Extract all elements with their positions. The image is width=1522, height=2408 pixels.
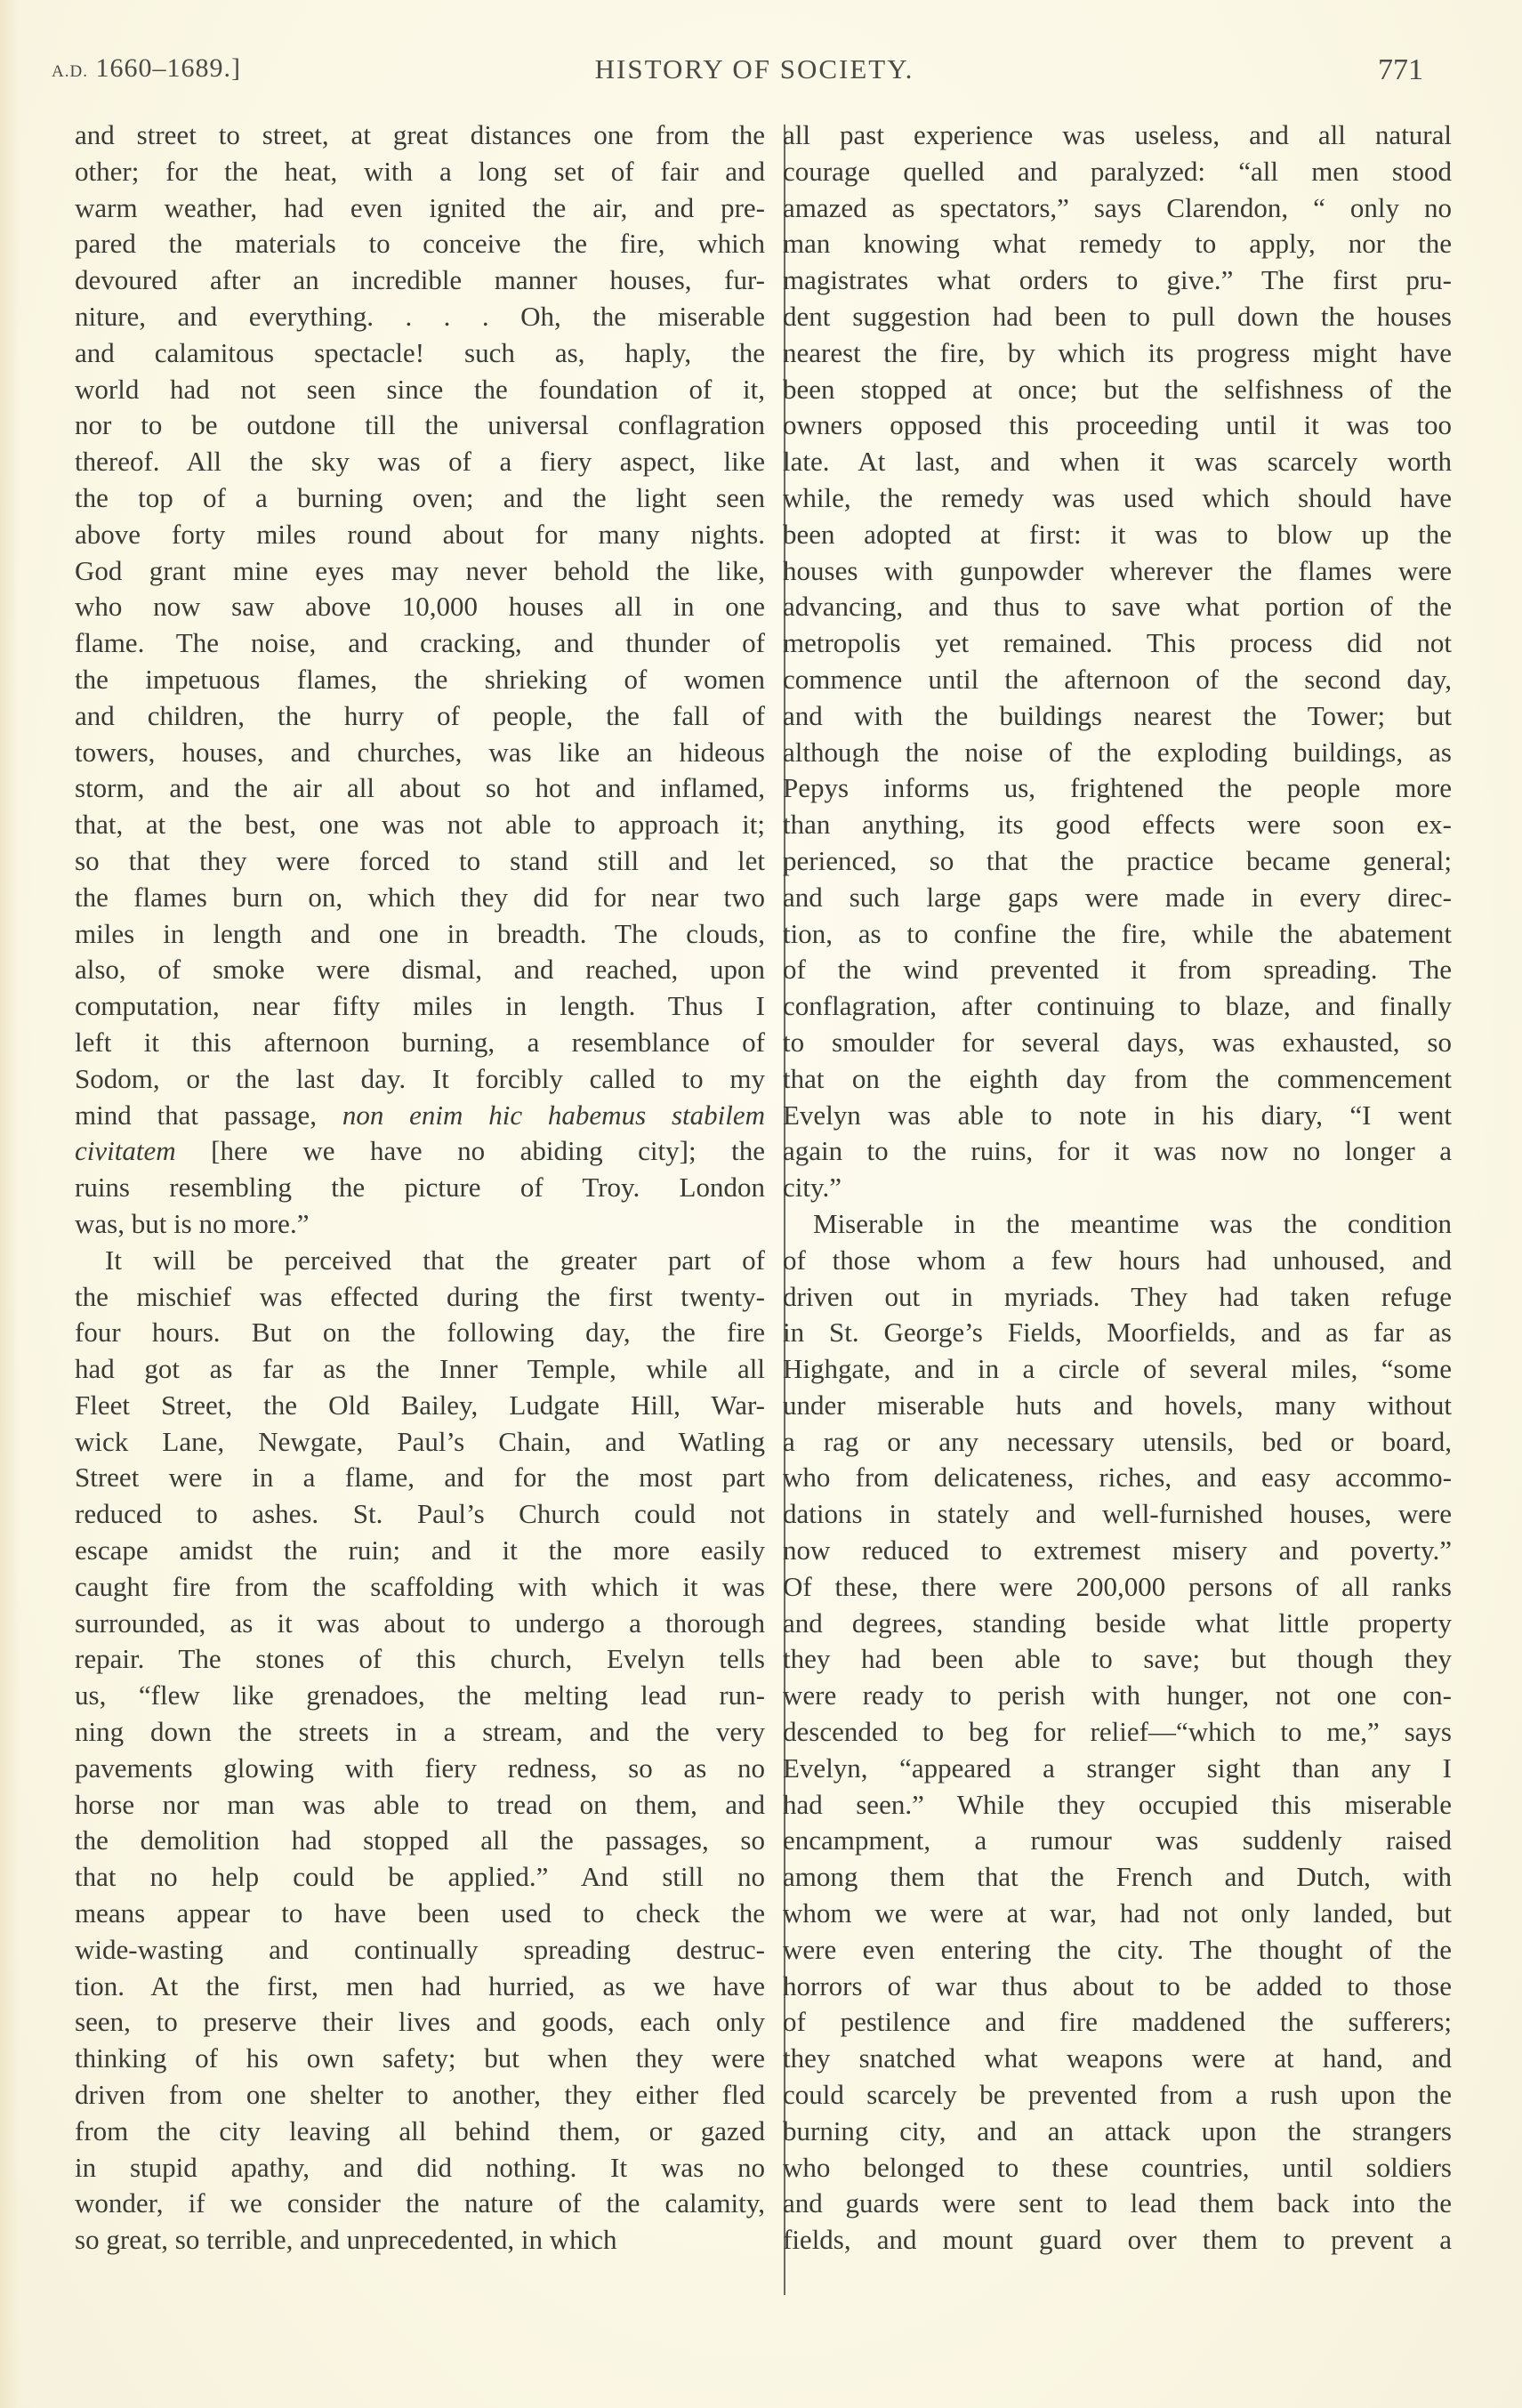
text-line: wonder, if we consider the nature of the…	[75, 2186, 765, 2222]
text-line: among them that the French and Dutch, wi…	[783, 1859, 1452, 1896]
text-line: the demolition had stopped all the passa…	[75, 1823, 765, 1859]
italic-latin-phrase: non enim hic habemus stabilem	[342, 1099, 765, 1131]
text-line: Sodom, or the last day. It forcibly call…	[75, 1061, 765, 1098]
text-line: while, the remedy was used which should …	[783, 480, 1452, 517]
text-line: nor to be outdone till the universal con…	[75, 407, 765, 444]
text-line: Fleet Street, the Old Bailey, Ludgate Hi…	[75, 1388, 765, 1424]
text-line: had seen.” While they occupied this mise…	[783, 1787, 1452, 1824]
text-line: in St. George’s Fields, Moorfields, and …	[783, 1315, 1452, 1351]
text-line: left it this afternoon burning, a resemb…	[75, 1025, 765, 1061]
text-line: caught fire from the scaffolding with wh…	[75, 1569, 765, 1606]
text-line: of pestilence and fire maddened the suff…	[783, 2004, 1452, 2041]
text-line: from the city leaving all behind them, o…	[75, 2114, 765, 2150]
text-line: God grant mine eyes may never behold the…	[75, 553, 765, 590]
text-line: world had not seen since the foundation …	[75, 372, 765, 408]
text-line: above forty miles round about for many n…	[75, 517, 765, 553]
text-line: four hours. But on the following day, th…	[75, 1315, 765, 1351]
running-header: A.D. 1660–1689.] HISTORY OF SOCIETY. 771	[52, 53, 1441, 98]
text-line: houses with gunpowder wherever the flame…	[783, 553, 1452, 590]
text-line: and degrees, standing beside what little…	[783, 1606, 1452, 1642]
text-line: ning down the streets in a stream, and t…	[75, 1714, 765, 1751]
text-line: Evelyn, “appeared a stranger sight than …	[783, 1751, 1452, 1787]
text-line: the flames burn on, which they did for n…	[75, 880, 765, 916]
text-line: could scarcely be prevented from a rush …	[783, 2077, 1452, 2114]
text-line: also, of smoke were dismal, and reached,…	[75, 952, 765, 988]
text-line: a rag or any necessary utensils, bed or …	[783, 1424, 1452, 1461]
text-line: nearest the fire, by which its progress …	[783, 335, 1452, 372]
text-line: and such large gaps were made in every d…	[783, 880, 1452, 916]
italic-latin-phrase: civitatem	[75, 1135, 176, 1166]
text-line: they had been able to save; but though t…	[783, 1641, 1452, 1678]
text-line: amazed as spectators,” says Clarendon, “…	[783, 190, 1452, 227]
text-line: were even entering the city. The thought…	[783, 1932, 1452, 1969]
text-line: descended to beg for relief—“which to me…	[783, 1714, 1452, 1751]
text-line: and with the buildings nearest the Tower…	[783, 698, 1452, 735]
text-line: towers, houses, and churches, was like a…	[75, 735, 765, 771]
right-text-column: all past experience was useless, and all…	[783, 117, 1452, 2259]
text-line: and calamitous spectacle! such as, haply…	[75, 335, 765, 372]
text-line: to smoulder for several days, was exhaus…	[783, 1025, 1452, 1061]
text-line: means appear to have been used to check …	[75, 1896, 765, 1932]
text-line: under miserable huts and hovels, many wi…	[783, 1388, 1452, 1424]
text-line: been stopped at once; but the selfishnes…	[783, 372, 1452, 408]
header-title: HISTORY OF SOCIETY.	[52, 53, 1441, 85]
text-line: burning city, and an attack upon the str…	[783, 2114, 1452, 2150]
text-line: It will be perceived that the greater pa…	[75, 1243, 765, 1279]
text-line: was, but is no more.”	[75, 1206, 765, 1243]
text-line: man knowing what remedy to apply, nor th…	[783, 226, 1452, 262]
left-text-column: and street to street, at great distances…	[75, 117, 765, 2259]
text-line: thinking of his own safety; but when the…	[75, 2041, 765, 2077]
text-run: mind that passage,	[75, 1099, 342, 1131]
text-line: in stupid apathy, and did nothing. It wa…	[75, 2150, 765, 2187]
text-line: dations in stately and well-furnished ho…	[783, 1496, 1452, 1533]
text-line: tion, as to confine the fire, while the …	[783, 916, 1452, 953]
text-line: although the noise of the exploding buil…	[783, 735, 1452, 771]
text-line: had got as far as the Inner Temple, whil…	[75, 1351, 765, 1388]
text-line: horrors of war thus about to be added to…	[783, 1969, 1452, 2005]
text-line: whom we were at war, had not only landed…	[783, 1896, 1452, 1932]
text-line: magistrates what orders to give.” The fi…	[783, 262, 1452, 299]
text-line: and guards were sent to lead them back i…	[783, 2186, 1452, 2222]
text-line: other; for the heat, with a long set of …	[75, 154, 765, 190]
text-line: wide-wasting and continually spreading d…	[75, 1932, 765, 1969]
text-line: that on the eighth day from the commence…	[783, 1061, 1452, 1098]
text-line: thereof. All the sky was of a fiery aspe…	[75, 444, 765, 480]
text-line: and children, the hurry of people, the f…	[75, 698, 765, 735]
text-line: us, “flew like grenadoes, the melting le…	[75, 1678, 765, 1714]
text-line: the mischief was effected during the fir…	[75, 1279, 765, 1316]
text-line: computation, near fifty miles in length.…	[75, 988, 765, 1025]
text-line: that, at the best, one was not able to a…	[75, 807, 765, 843]
text-line: horse nor man was able to tread on them,…	[75, 1787, 765, 1824]
text-line: courage quelled and paralyzed: “all men …	[783, 154, 1452, 190]
text-line: who from delicateness, riches, and easy …	[783, 1460, 1452, 1496]
text-line: who belonged to these countries, until s…	[783, 2150, 1452, 2187]
text-line: who now saw above 10,000 houses all in o…	[75, 589, 765, 625]
text-line: of those whom a few hours had unhoused, …	[783, 1243, 1452, 1279]
text-line: Highgate, and in a circle of several mil…	[783, 1351, 1452, 1388]
text-line: civitatem [here we have no abiding city]…	[75, 1133, 765, 1170]
text-line: mind that passage, non enim hic habemus …	[75, 1098, 765, 1134]
text-line: pared the materials to conceive the fire…	[75, 226, 765, 262]
text-line: been adopted at first: it was to blow up…	[783, 517, 1452, 553]
text-line: all past experience was useless, and all…	[783, 117, 1452, 154]
text-line: Of these, there were 200,000 persons of …	[783, 1569, 1452, 1606]
text-line: Pepys informs us, frightened the people …	[783, 770, 1452, 807]
text-line: again to the ruins, for it was now no lo…	[783, 1133, 1452, 1170]
text-line: wick Lane, Newgate, Paul’s Chain, and Wa…	[75, 1424, 765, 1461]
page-number: 771	[1378, 53, 1423, 87]
text-line: the impetuous flames, the shrieking of w…	[75, 662, 765, 698]
text-line: that no help could be applied.” And stil…	[75, 1859, 765, 1896]
text-line: driven out in myriads. They had taken re…	[783, 1279, 1452, 1316]
text-line: so great, so terrible, and unprecedented…	[75, 2222, 765, 2259]
text-line: seen, to preserve their lives and goods,…	[75, 2004, 765, 2041]
text-line: miles in length and one in breadth. The …	[75, 916, 765, 953]
text-line: warm weather, had even ignited the air, …	[75, 190, 765, 227]
text-line: so that they were forced to stand still …	[75, 843, 765, 880]
text-line: ruins resembling the picture of Troy. Lo…	[75, 1170, 765, 1206]
text-line: storm, and the air all about so hot and …	[75, 770, 765, 807]
text-line: driven from one shelter to another, they…	[75, 2077, 765, 2114]
text-line: encampment, a rumour was suddenly raised	[783, 1823, 1452, 1859]
text-line: repair. The stones of this church, Evely…	[75, 1641, 765, 1678]
text-line: late. At last, and when it was scarcely …	[783, 444, 1452, 480]
text-line: the top of a burning oven; and the light…	[75, 480, 765, 517]
text-line: now reduced to extremest misery and pove…	[783, 1533, 1452, 1569]
text-line: devoured after an incredible manner hous…	[75, 262, 765, 299]
text-line: were ready to perish with hunger, not on…	[783, 1678, 1452, 1714]
text-line: perienced, so that the practice became g…	[783, 843, 1452, 880]
text-line: dent suggestion had been to pull down th…	[783, 299, 1452, 335]
text-line: than anything, its good effects were soo…	[783, 807, 1452, 843]
text-line: reduced to ashes. St. Paul’s Church coul…	[75, 1496, 765, 1533]
text-line: advancing, and thus to save what portion…	[783, 589, 1452, 625]
text-line: metropolis yet remained. This process di…	[783, 625, 1452, 662]
text-line: escape amidst the ruin; and it the more …	[75, 1533, 765, 1569]
text-line: pavements glowing with fiery redness, so…	[75, 1751, 765, 1787]
text-line: they snatched what weapons were at hand,…	[783, 2041, 1452, 2077]
text-line: of the wind prevented it from spreading.…	[783, 952, 1452, 988]
text-line: surrounded, as it was about to undergo a…	[75, 1606, 765, 1642]
text-line: tion. At the first, men had hurried, as …	[75, 1969, 765, 2005]
text-line: conflagration, after continuing to blaze…	[783, 988, 1452, 1025]
page-edge-shadow	[0, 0, 20, 2408]
text-line: owners opposed this proceeding until it …	[783, 407, 1452, 444]
text-line: Street were in a flame, and for the most…	[75, 1460, 765, 1496]
text-line: and street to street, at great distances…	[75, 117, 765, 154]
text-line: fields, and mount guard over them to pre…	[783, 2222, 1452, 2259]
text-line: Evelyn was able to note in his diary, “I…	[783, 1098, 1452, 1134]
text-line: flame. The noise, and cracking, and thun…	[75, 625, 765, 662]
text-line: city.”	[783, 1170, 1452, 1206]
text-run: [here we have no abiding city]; the	[211, 1135, 765, 1166]
text-line: commence until the afternoon of the seco…	[783, 662, 1452, 698]
text-line: Miserable in the meantime was the condit…	[783, 1206, 1452, 1243]
text-line: niture, and everything. . . . Oh, the mi…	[75, 299, 765, 335]
